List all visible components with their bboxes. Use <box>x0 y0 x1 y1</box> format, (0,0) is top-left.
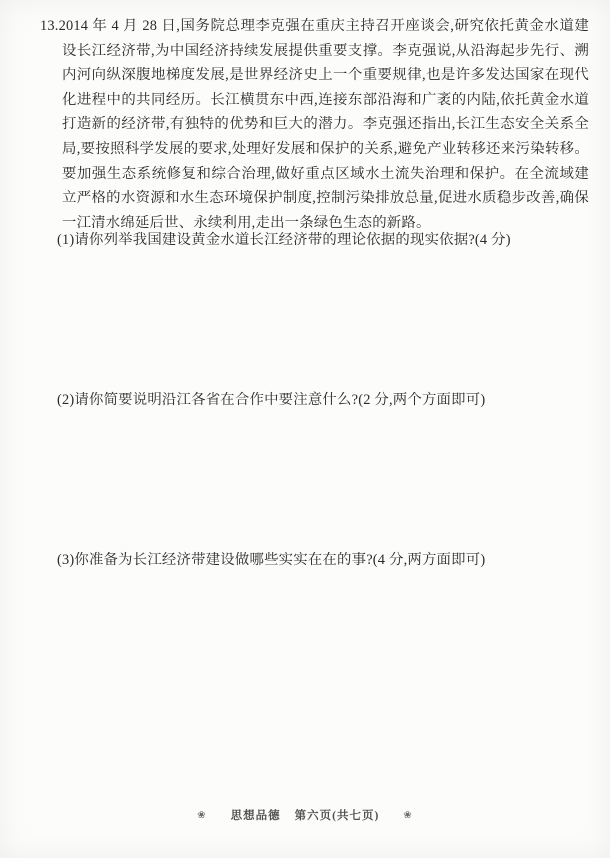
question-13-block: 13.2014 年 4 月 28 日,国务院总理李克强在重庆主持召开座谈会,研究… <box>40 14 589 235</box>
passage-text: 2014 年 4 月 28 日,国务院总理李克强在重庆主持召开座谈会,研究依托黄… <box>59 18 589 231</box>
footer-page-number: 第六页(共七页) <box>295 807 380 823</box>
flower-ornament-right-icon: ❀ <box>403 810 412 821</box>
sub-question-1: (1)请你列举我国建设黄金水道长江经济带的理论依据的现实依据?(4 分) <box>57 228 586 253</box>
sub-question-1-label: (1) <box>57 232 74 248</box>
answer-space-1 <box>57 258 586 383</box>
sub-question-2: (2)请你简要说明沿江各省在合作中要注意什么?(2 分,两个方面即可) <box>57 388 586 413</box>
sub-question-3: (3)你准备为长江经济带建设做哪些实实在在的事?(4 分,两方面即可) <box>57 548 586 573</box>
sub-question-3-label: (3) <box>57 552 74 568</box>
flower-ornament-left-icon: ❀ <box>197 810 206 821</box>
sub-question-2-label: (2) <box>57 392 74 408</box>
sub-question-2-text: 请你简要说明沿江各省在合作中要注意什么?(2 分,两个方面即可) <box>74 392 485 408</box>
question-number: 13. <box>40 18 59 34</box>
footer-subject-label: 思想品德 <box>231 807 281 823</box>
sub-question-1-text: 请你列举我国建设黄金水道长江经济带的理论依据的现实依据?(4 分) <box>74 232 510 248</box>
page-footer: ❀ 思想品德 第六页(共七页) ❀ <box>0 807 610 823</box>
answer-space-3 <box>57 578 586 798</box>
sub-question-3-text: 你准备为长江经济带建设做哪些实实在在的事?(4 分,两方面即可) <box>74 552 485 568</box>
answer-space-2 <box>57 418 586 543</box>
exam-paper-page: 13.2014 年 4 月 28 日,国务院总理李克强在重庆主持召开座谈会,研究… <box>0 0 610 858</box>
question-13-passage: 13.2014 年 4 月 28 日,国务院总理李克强在重庆主持召开座谈会,研究… <box>40 14 589 235</box>
